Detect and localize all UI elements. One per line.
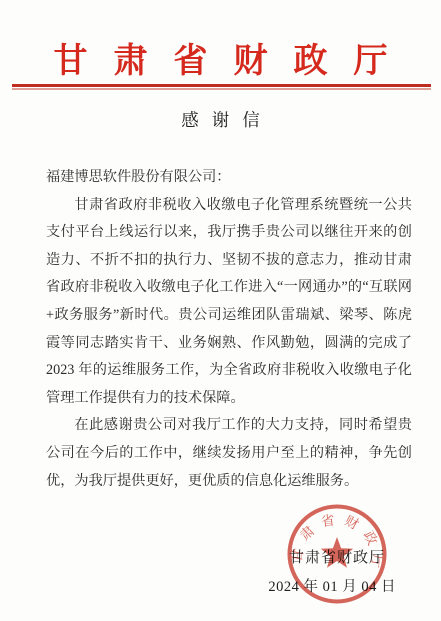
letter-paragraph-2: 在此感谢贵公司对我厅工作的大力支持，同时希望贵公司在今后的工作中，继续发扬用户至… (46, 412, 412, 495)
letter-page: 甘肃省财政厅 感谢信 福建博思软件股份有限公司： 甘肃省政府非税收入收缴电子化管… (0, 0, 441, 621)
letterhead-divider (12, 84, 431, 90)
letter-paragraph-1: 甘肃省政府非税收入收缴电子化管理系统暨统一公共支付平台上线运行以来，我厅携手贵公… (46, 192, 412, 413)
signature-date: 2024 年 01 月 04 日 (268, 575, 396, 596)
letterhead-org-name: 甘肃省财政厅 (0, 33, 441, 82)
letter-title: 感谢信 (0, 107, 441, 132)
letter-body: 福建博思软件股份有限公司： 甘肃省政府非税收入收缴电子化管理系统暨统一公共支付平… (46, 164, 412, 495)
salutation: 福建博思软件股份有限公司： (46, 164, 412, 192)
signature-org: 甘肃省财政厅 (289, 546, 385, 567)
letterhead-divider-sub-line (12, 88, 431, 90)
seal-arc-text: 甘肃省财政厅 (289, 511, 385, 577)
